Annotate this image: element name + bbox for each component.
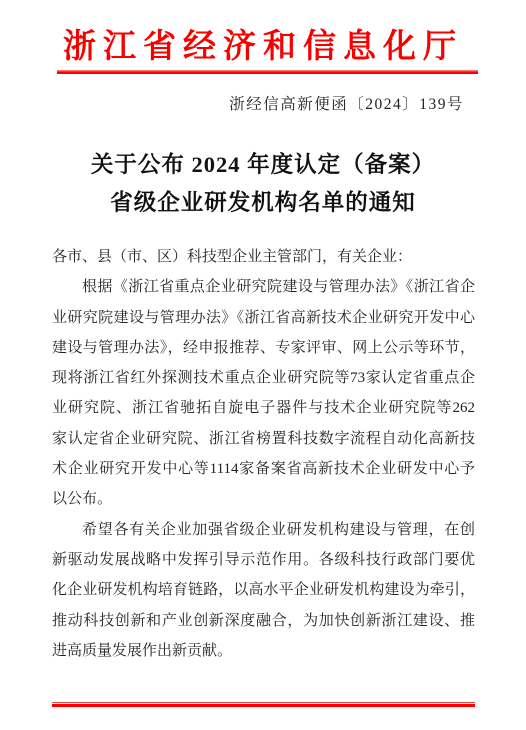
body-line: 现将浙江省红外探测技术重点企业研究院等73家认定省重点企 <box>52 363 475 393</box>
body-line: 根据《浙江省重点企业研究院建设与管理办法》《浙江省企 <box>52 272 475 302</box>
header-red-rule <box>57 70 478 74</box>
body-line: 进高质量发展作出新贡献。 <box>52 636 475 666</box>
agency-header-title: 浙江省经济和信息化厅 <box>0 20 526 67</box>
notice-title: 关于公布 2024 年度认定（备案） 省级企业研发机构名单的通知 <box>0 146 526 222</box>
body-line: 推动科技创新和产业创新深度融合，为加快创新浙江建设、推 <box>52 606 475 636</box>
body-line: 化企业研发机构培育链路，以高水平企业研发机构建设为牵引， <box>52 575 475 605</box>
body-line: 新驱动发展战略中发挥引导示范作用。各级科技行政部门要优 <box>52 545 475 575</box>
notice-title-line-1: 关于公布 2024 年度认定（备案） <box>0 146 526 184</box>
notice-body: 各市、县（市、区）科技型企业主管部门，有关企业： 根据《浙江省重点企业研究院建设… <box>52 242 475 666</box>
body-line: 术企业研究开发中心等1114家备案省高新技术企业研发中心予 <box>52 454 475 484</box>
notice-title-line-2: 省级企业研发机构名单的通知 <box>0 184 526 222</box>
official-document-page: 浙江省经济和信息化厅 浙经信高新便函〔2024〕139号 关于公布 2024 年… <box>0 0 526 730</box>
salutation-line: 各市、县（市、区）科技型企业主管部门，有关企业： <box>52 242 475 272</box>
body-line: 业研究院建设与管理办法》《浙江省高新技术企业研究开发中心 <box>52 303 475 333</box>
body-line: 业研究院、浙江省驰拓自旋电子器件与技术企业研究院等262 <box>52 393 475 423</box>
body-line: 以公布。 <box>52 484 475 514</box>
document-number: 浙经信高新便函〔2024〕139号 <box>229 92 464 114</box>
body-line: 希望各有关企业加强省级企业研发机构建设与管理，在创 <box>52 515 475 545</box>
footer-red-rule <box>52 702 475 707</box>
body-line: 家认定省企业研究院、浙江省榜置科技数字流程自动化高新技 <box>52 424 475 454</box>
body-line: 建设与管理办法》，经申报推荐、专家评审、网上公示等环节， <box>52 333 475 363</box>
